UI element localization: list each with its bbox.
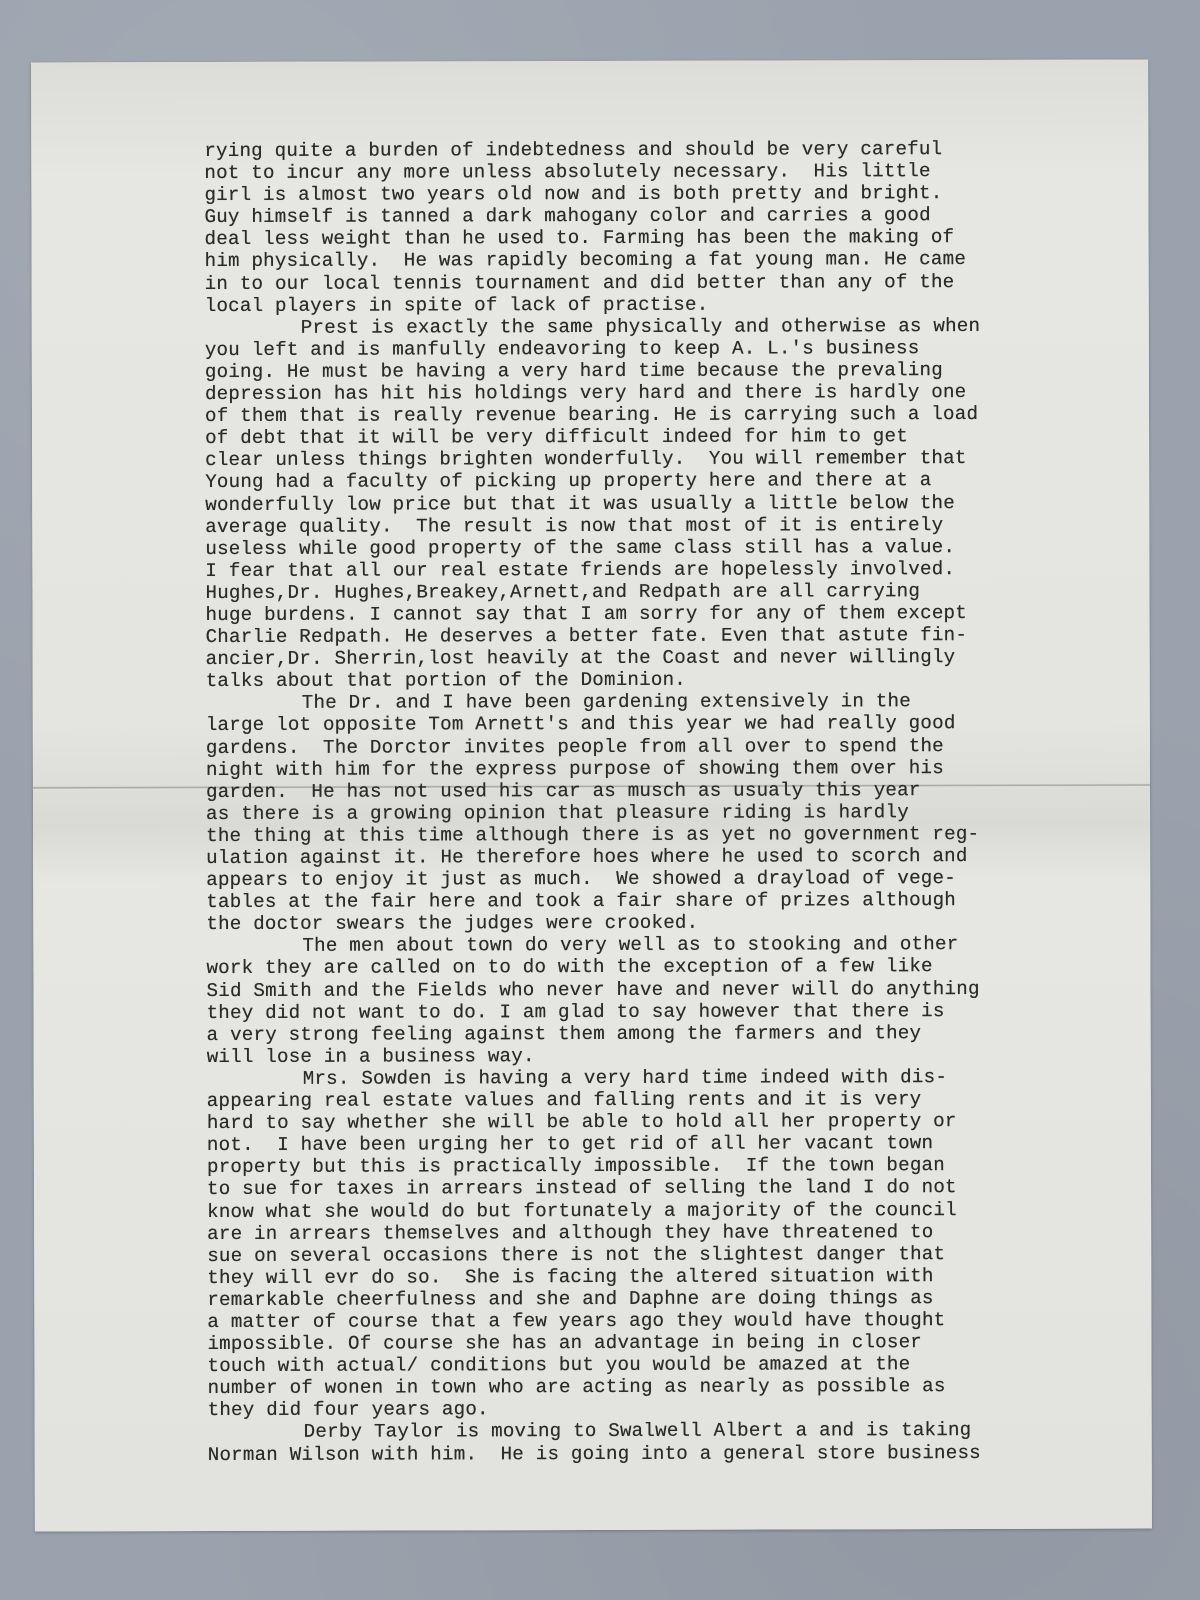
typewritten-body: rying quite a burden of indebtedness and… <box>204 138 1107 1466</box>
text-line: not. I have been urging her to get rid o… <box>207 1132 1107 1156</box>
text-line: are in arrears themselves and although t… <box>207 1220 1107 1244</box>
text-line: Young had a faculty of picking up proper… <box>205 469 1105 493</box>
text-line: will lose in a business way. <box>207 1043 1107 1067</box>
text-line: rying quite a burden of indebtedness and… <box>204 138 1104 162</box>
text-line: a matter of course that a few years ago … <box>207 1309 1107 1333</box>
text-line: as there is a growing opinion that pleas… <box>206 800 1106 824</box>
text-line: depression has hit his holdings very har… <box>205 381 1105 405</box>
text-line: of debt that it will be very difficult i… <box>205 425 1105 449</box>
text-line: they did four years ago. <box>208 1397 1108 1421</box>
text-line: property but this is practically impossi… <box>207 1154 1107 1178</box>
text-line: the doctor swears the judges were crooke… <box>206 911 1106 935</box>
text-line: deal less weight than he used to. Farmin… <box>205 226 1105 250</box>
text-line: remarkable cheerfulness and she and Daph… <box>207 1287 1107 1311</box>
text-line: wonderfully low price but that it was us… <box>205 491 1105 515</box>
text-line: I fear that all our real estate friends … <box>205 557 1105 581</box>
text-line: useless while good property of the same … <box>205 535 1105 559</box>
text-line: girl is almost two years old now and is … <box>204 182 1104 206</box>
text-line: sue on several occasions there is not th… <box>207 1242 1107 1266</box>
text-line: number of wonen in town who are acting a… <box>208 1375 1108 1399</box>
text-line: hard to say whether she will be able to … <box>207 1110 1107 1134</box>
text-line: clear unless things brighten wonderfully… <box>205 447 1105 471</box>
text-line: not to incur any more unless absolutely … <box>204 160 1104 184</box>
text-line: local players in spite of lack of practi… <box>205 292 1105 316</box>
text-line: night with him for the express purpose o… <box>206 756 1106 780</box>
paragraph-first-line: Derby Taylor is moving to Swalwell Alber… <box>208 1419 1108 1443</box>
text-line: talks about that portion of the Dominion… <box>206 668 1106 692</box>
text-line: touch with actual/ conditions but you wo… <box>207 1353 1107 1377</box>
text-line: ancier,Dr. Sherrin,lost heavily at the C… <box>206 646 1106 670</box>
paragraph-first-line: The Dr. and I have been gardening extens… <box>206 690 1106 714</box>
text-line: impossible. Of course she has an advanta… <box>207 1331 1107 1355</box>
text-line: large lot opposite Tom Arnett's and this… <box>206 712 1106 736</box>
text-line: work they are called on to do with the e… <box>206 955 1106 979</box>
text-line: going. He must be having a very hard tim… <box>205 359 1105 383</box>
text-line: Charlie Redpath. He deserves a better fa… <box>206 624 1106 648</box>
text-line: you left and is manfully endeavoring to … <box>205 336 1105 360</box>
text-line: garden. He has not used his car as musch… <box>206 778 1106 802</box>
paragraph-first-line: Mrs. Sowden is having a very hard time i… <box>207 1066 1107 1090</box>
text-line: know what she would do but fortunately a… <box>207 1198 1107 1222</box>
text-line: appears to enjoy it just as much. We sho… <box>206 867 1106 891</box>
text-line: a very strong feeling against them among… <box>207 1021 1107 1045</box>
text-line: Norman Wilson with him. He is going into… <box>208 1441 1108 1465</box>
text-line: average quality. The result is now that … <box>205 513 1105 537</box>
text-line: the thing at this time although there is… <box>206 823 1106 847</box>
text-line: they will evr do so. She is facing the a… <box>207 1264 1107 1288</box>
text-line: Sid Smith and the Fields who never have … <box>206 977 1106 1001</box>
text-line: appearing real estate values and falling… <box>207 1088 1107 1112</box>
letter-page: rying quite a burden of indebtedness and… <box>31 60 1152 1532</box>
text-line: to sue for taxes in arrears instead of s… <box>207 1176 1107 1200</box>
text-line: they did not want to do. I am glad to sa… <box>207 999 1107 1023</box>
text-line: tables at the fair here and took a fair … <box>206 889 1106 913</box>
text-line: Hughes,Dr. Hughes,Breakey,Arnett,and Red… <box>205 580 1105 604</box>
paragraph-first-line: The men about town do very well as to st… <box>206 933 1106 957</box>
text-line: him physically. He was rapidly becoming … <box>205 248 1105 272</box>
text-line: of them that is really revenue bearing. … <box>205 403 1105 427</box>
text-line: Guy himself is tanned a dark mahogany co… <box>204 204 1104 228</box>
paragraph-first-line: Prest is exactly the same physically and… <box>205 314 1105 338</box>
text-line: huge burdens. I cannot say that I am sor… <box>205 602 1105 626</box>
text-line: gardens. The Dorctor invites people from… <box>206 734 1106 758</box>
text-line: in to our local tennis tournament and di… <box>205 270 1105 294</box>
text-line: ulation against it. He therefore hoes wh… <box>206 845 1106 869</box>
